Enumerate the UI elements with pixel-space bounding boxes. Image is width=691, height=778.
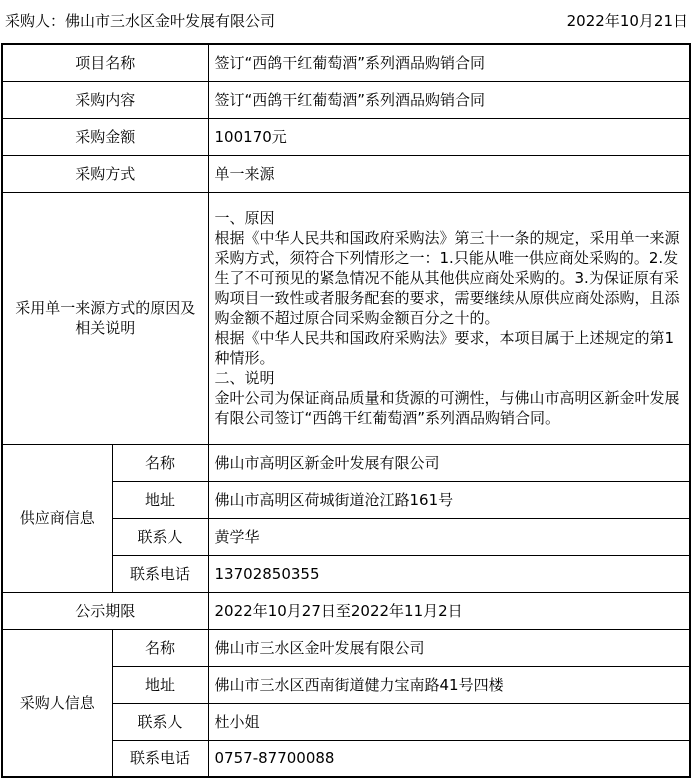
procurement-notice-page: 采购人：佛山市三水区金叶发展有限公司 2022年10月21日 项目名称 签订“西… — [0, 0, 691, 778]
procurement-notice-table: 项目名称 签订“西鸽干红葡萄酒”系列酒品购销合同 采购内容 签订“西鸽干红葡萄酒… — [1, 43, 691, 778]
purchaser-address-label: 地址 — [112, 666, 208, 703]
table-row: 采用单一来源方式的原因及相关说明 一、原因 根据《中华人民共和国政府采购法》第三… — [2, 192, 690, 444]
notice-date: 2022年10月21日 — [567, 0, 688, 43]
doc-header: 采购人：佛山市三水区金叶发展有限公司 2022年10月21日 — [0, 0, 691, 43]
project-name-label: 项目名称 — [2, 44, 208, 81]
supplier-contact-value: 黄学华 — [208, 518, 690, 555]
purchaser-contact-value: 杜小姐 — [208, 703, 690, 740]
procurement-method-label: 采购方式 — [2, 155, 208, 192]
publicity-period-label: 公示期限 — [2, 592, 208, 629]
single-source-reason-label: 采用单一来源方式的原因及相关说明 — [2, 192, 208, 444]
supplier-phone-value: 13702850355 — [208, 555, 690, 592]
supplier-name-label: 名称 — [112, 444, 208, 481]
procurement-content-label: 采购内容 — [2, 81, 208, 118]
purchaser-address-value: 佛山市三水区西南街道健力宝南路41号四楼 — [208, 666, 690, 703]
supplier-address-value: 佛山市高明区荷城街道沧江路161号 — [208, 481, 690, 518]
project-name-value: 签订“西鸽干红葡萄酒”系列酒品购销合同 — [208, 44, 690, 81]
supplier-phone-label: 联系电话 — [112, 555, 208, 592]
single-source-reason-value: 一、原因 根据《中华人民共和国政府采购法》第三十一条的规定，采用单一来源采购方式… — [208, 192, 690, 444]
table-row: 供应商信息 名称 佛山市高明区新金叶发展有限公司 — [2, 444, 690, 481]
supplier-contact-label: 联系人 — [112, 518, 208, 555]
purchaser-name-value: 佛山市三水区金叶发展有限公司 — [208, 629, 690, 666]
purchaser-info-label: 采购人信息 — [2, 629, 112, 777]
purchaser-contact-label: 联系人 — [112, 703, 208, 740]
table-row: 项目名称 签订“西鸽干红葡萄酒”系列酒品购销合同 — [2, 44, 690, 81]
table-row: 采购人信息 名称 佛山市三水区金叶发展有限公司 — [2, 629, 690, 666]
supplier-address-label: 地址 — [112, 481, 208, 518]
publicity-period-value: 2022年10月27日至2022年11月2日 — [208, 592, 690, 629]
procurement-content-value: 签订“西鸽干红葡萄酒”系列酒品购销合同 — [208, 81, 690, 118]
table-row: 公示期限 2022年10月27日至2022年11月2日 — [2, 592, 690, 629]
table-row: 采购方式 单一来源 — [2, 155, 690, 192]
table-row: 采购内容 签订“西鸽干红葡萄酒”系列酒品购销合同 — [2, 81, 690, 118]
supplier-info-label: 供应商信息 — [2, 444, 112, 592]
table-row: 采购金额 100170元 — [2, 118, 690, 155]
purchaser-phone-value: 0757-87700088 — [208, 740, 690, 777]
purchaser-name-label: 名称 — [112, 629, 208, 666]
purchaser-phone-label: 联系电话 — [112, 740, 208, 777]
procurement-amount-label: 采购金额 — [2, 118, 208, 155]
purchaser-header-text: 采购人：佛山市三水区金叶发展有限公司 — [5, 0, 275, 43]
supplier-name-value: 佛山市高明区新金叶发展有限公司 — [208, 444, 690, 481]
procurement-amount-value: 100170元 — [208, 118, 690, 155]
procurement-method-value: 单一来源 — [208, 155, 690, 192]
